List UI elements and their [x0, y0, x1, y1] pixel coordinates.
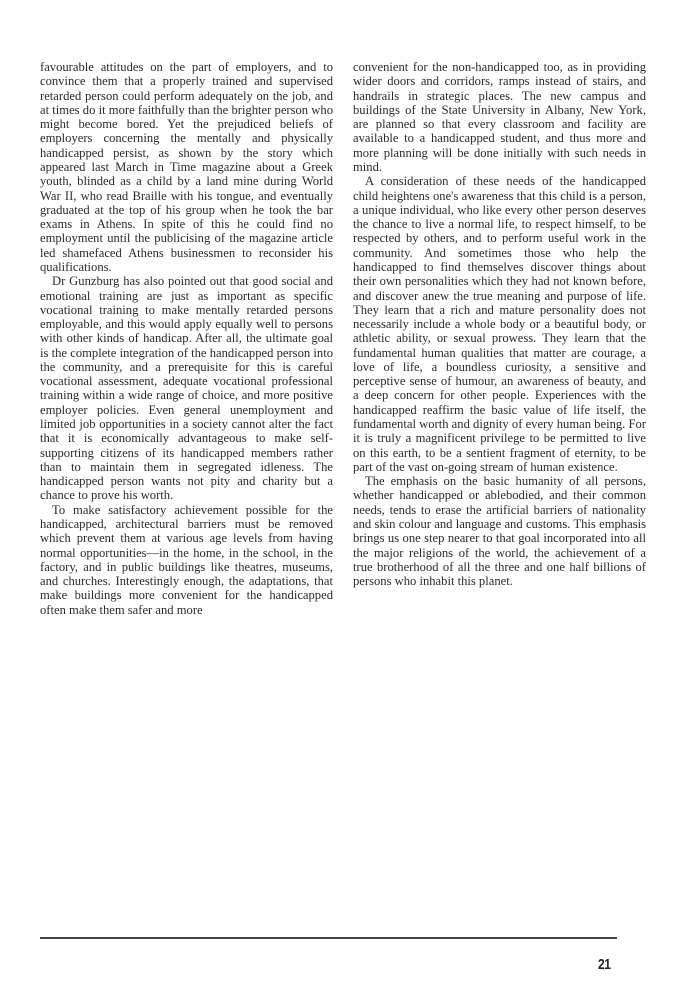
page-number: 21	[598, 956, 611, 973]
left-column: favourable attitudes on the part of empl…	[40, 60, 333, 617]
footer-rule	[40, 937, 617, 939]
paragraph: favourable attitudes on the part of empl…	[40, 60, 333, 274]
paragraph: A consideration of these needs of the ha…	[353, 174, 646, 474]
paragraph: Dr Gunzburg has also pointed out that go…	[40, 274, 333, 503]
paragraph: To make satisfactory achievement possibl…	[40, 503, 333, 617]
paragraph: convenient for the non-handicapped too, …	[353, 60, 646, 174]
paragraph: The emphasis on the basic humanity of al…	[353, 474, 646, 588]
right-column: convenient for the non-handicapped too, …	[353, 60, 646, 588]
